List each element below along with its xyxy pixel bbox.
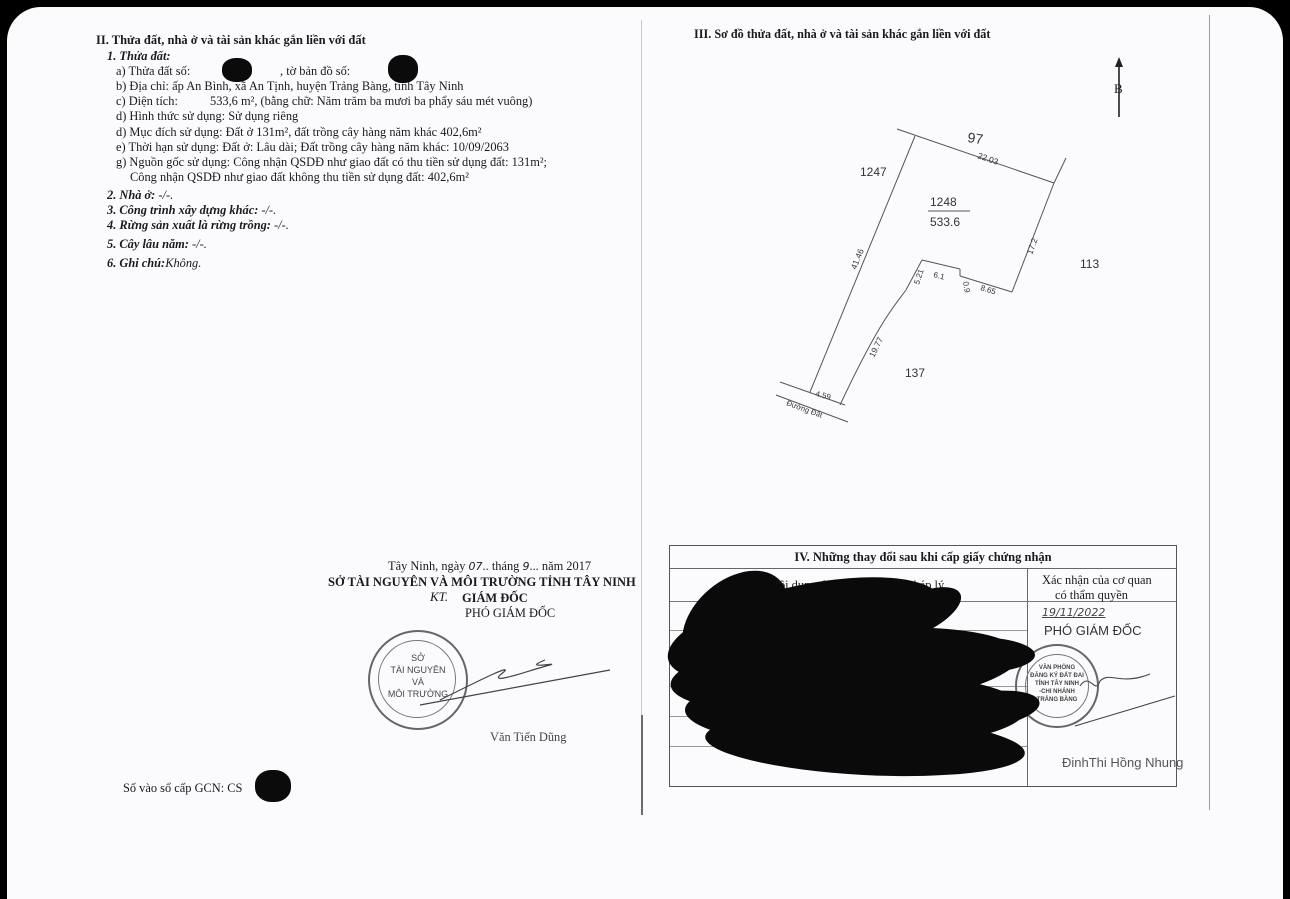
edge-north: 22.03 (976, 150, 1000, 166)
edge-1977: 19.77 (867, 335, 885, 359)
signature-scribble (400, 650, 620, 710)
kt-mark: KT. (430, 590, 448, 604)
item-notes: 6. Ghi chú:Không. (107, 256, 201, 270)
usage-purpose: d) Mục đích sử dụng: Đất ở 131m², đất tr… (116, 125, 482, 139)
edge-east: 17.2 (1024, 236, 1039, 255)
edge-09: 0.9 (961, 281, 972, 294)
page-fold-line (641, 20, 642, 810)
neighbor-east: 113 (1080, 257, 1099, 271)
item-other-construction: 3. Công trình xây dựng khác: -/-. (107, 203, 276, 217)
edge-61: 6.1 (933, 270, 947, 282)
map-sheet-label: , tờ bản đồ số: (280, 64, 350, 78)
edge-459: 4.59 (815, 389, 833, 402)
usage-origin: g) Nguồn gốc sử dụng: Công nhận QSDĐ như… (116, 155, 547, 169)
issue-date: Tây Ninh, ngày 07.. tháng 9... năm 2017 (388, 559, 591, 574)
confirm-role: PHÓ GIÁM ĐỐC (1044, 624, 1142, 638)
edge-521: 5.21 (912, 268, 926, 286)
parcel-map: 97 1247 1248 533.6 113 137 22.03 17.2 8.… (770, 120, 1130, 430)
section-3-title: III. Sơ đồ thửa đất, nhà ở và tài sản kh… (694, 27, 990, 41)
changes-col-confirm-l2: có thẩm quyền (1055, 588, 1128, 602)
redaction-mark (255, 770, 291, 802)
area-label: c) Diện tích: (116, 94, 178, 108)
section-2-title: II. Thửa đất, nhà ở và tài sản khác gắn … (96, 33, 366, 47)
signer-name-left: Văn Tiến Dũng (490, 730, 566, 744)
item-perennial-trees: 5. Cây lâu năm: -/-. (107, 237, 207, 251)
sub1-title: 1. Thửa đất: (107, 49, 171, 63)
cert-registration-number: Số vào sổ cấp GCN: CS (123, 781, 242, 795)
area-value: 533,6 m², (bằng chữ: Năm trăm ba mươi ba… (210, 94, 532, 108)
page-bottom (7, 860, 1283, 899)
director-title-struck: GIÁM ĐỐC (462, 591, 528, 605)
usage-term: e) Thời hạn sử dụng: Đất ở: Lâu dài; Đất… (116, 140, 509, 154)
edge-west: 41.46 (849, 247, 866, 271)
confirm-signer: ĐinhThi Hồng Nhung (1062, 756, 1183, 770)
address-line: b) Địa chỉ: ấp An Bình, xã An Tịnh, huyệ… (116, 79, 464, 93)
neighbor-west: 1247 (860, 165, 887, 179)
deputy-director-title: PHÓ GIÁM ĐỐC (465, 606, 555, 620)
changes-col-confirm-l1: Xác nhận của cơ quan (1042, 573, 1152, 587)
page-fold-crease (641, 715, 643, 815)
parcel-id: 1248 (930, 195, 957, 209)
right-margin-line (1209, 15, 1210, 810)
north-label: B (1114, 82, 1123, 96)
parcel-area: 533.6 (930, 215, 960, 229)
item-house: 2. Nhà ở: -/-. (107, 188, 173, 202)
confirm-signature-scribble (1070, 666, 1180, 736)
edge-8: 8.65 (979, 283, 997, 296)
road-label: Đường Đất (785, 398, 824, 420)
item-planted-forest: 4. Rừng sản xuất là rừng trồng: -/-. (107, 218, 289, 232)
issuing-agency: SỞ TÀI NGUYÊN VÀ MÔI TRƯỜNG TỈNH TÂY NIN… (328, 575, 636, 589)
parcel-number-label: a) Thửa đất số: (116, 64, 190, 78)
neighbor-south: 137 (905, 366, 925, 380)
neighbor-north: 97 (967, 129, 985, 147)
usage-origin-cont: Công nhận QSDĐ như giao đất không thu ti… (130, 170, 469, 184)
confirm-date: 19/11/2022 (1042, 606, 1105, 620)
usage-form: d) Hình thức sử dụng: Sử dụng riêng (116, 109, 298, 123)
redaction-scribble (655, 560, 1045, 785)
